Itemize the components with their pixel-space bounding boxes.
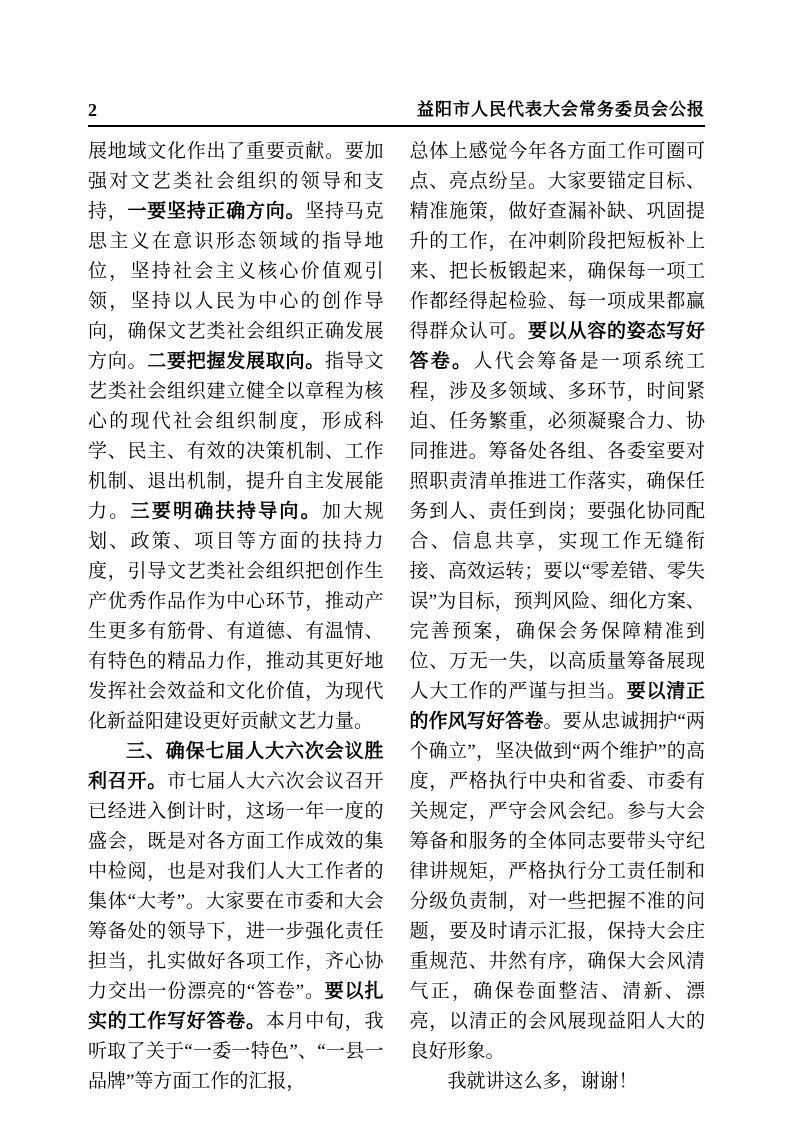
- left-column: 展地域文化作出了重要贡献。要加强对文艺类社会组织的领导和支持，一要坚持正确方向。…: [88, 137, 384, 1097]
- bold-text-run: 一要坚持正确方向。: [128, 201, 306, 222]
- paragraph: 总体上感觉今年各方面工作可圈可点、亮点纷呈。大家要锚定目标、精准施策，做好查漏补…: [410, 137, 706, 1067]
- text-run: 指导文艺类社会组织建立健全以章程为核心的现代社会组织制度，形成科学、民主、有效的…: [88, 351, 384, 522]
- right-column: 总体上感觉今年各方面工作可圈可点、亮点纷呈。大家要锚定目标、精准施策，做好查漏补…: [410, 137, 706, 1097]
- paragraph: 三、确保七届人大六次会议胜利召开。市七届人大六次会议召开已经进入倒计时，这场一年…: [88, 737, 384, 1097]
- text-run: 市七届人大六次会议召开已经进入倒计时，这场一年一度的盛会，既是对各方面工作成效的…: [88, 771, 384, 1002]
- body-columns: 展地域文化作出了重要贡献。要加强对文艺类社会组织的领导和支持，一要坚持正确方向。…: [88, 137, 705, 1097]
- text-run: 坚持马克思主义在意识形态领域的指导地位，坚持社会主义核心价值观引领，坚持以人民为…: [88, 201, 384, 372]
- text-run: 。要从忠诚拥护“两个确立”，坚决做到“两个维护”的高度，严格执行中央和省委、市委…: [410, 711, 706, 1062]
- bold-text-run: 三要明确扶持导向。: [131, 501, 322, 522]
- text-run: 人代会筹备是一项系统工程，涉及多领域、多环节，时间紧迫、任务繁重，必须凝聚合力、…: [410, 351, 706, 702]
- paragraph: 我就讲这么多，谢谢！: [410, 1067, 706, 1097]
- paragraph: 展地域文化作出了重要贡献。要加强对文艺类社会组织的领导和支持，一要坚持正确方向。…: [88, 137, 384, 737]
- page-number: 2: [88, 100, 97, 120]
- text-run: 我就讲这么多，谢谢！: [448, 1071, 638, 1092]
- bold-text-run: 二要把握发展取向。: [147, 351, 325, 372]
- text-run: 加大规划、政策、项目等方面的扶持力度，引导文艺类社会组织把创作生产优秀作品作为中…: [88, 501, 384, 732]
- document-page: 2 益阳市人民代表大会常务委员会公报 展地域文化作出了重要贡献。要加强对文艺类社…: [0, 0, 794, 1122]
- page-header: 2 益阳市人民代表大会常务委员会公报: [88, 100, 705, 127]
- text-run: 总体上感觉今年各方面工作可圈可点、亮点纷呈。大家要锚定目标、精准施策，做好查漏补…: [410, 141, 706, 342]
- header-title: 益阳市人民代表大会常务委员会公报: [417, 100, 705, 120]
